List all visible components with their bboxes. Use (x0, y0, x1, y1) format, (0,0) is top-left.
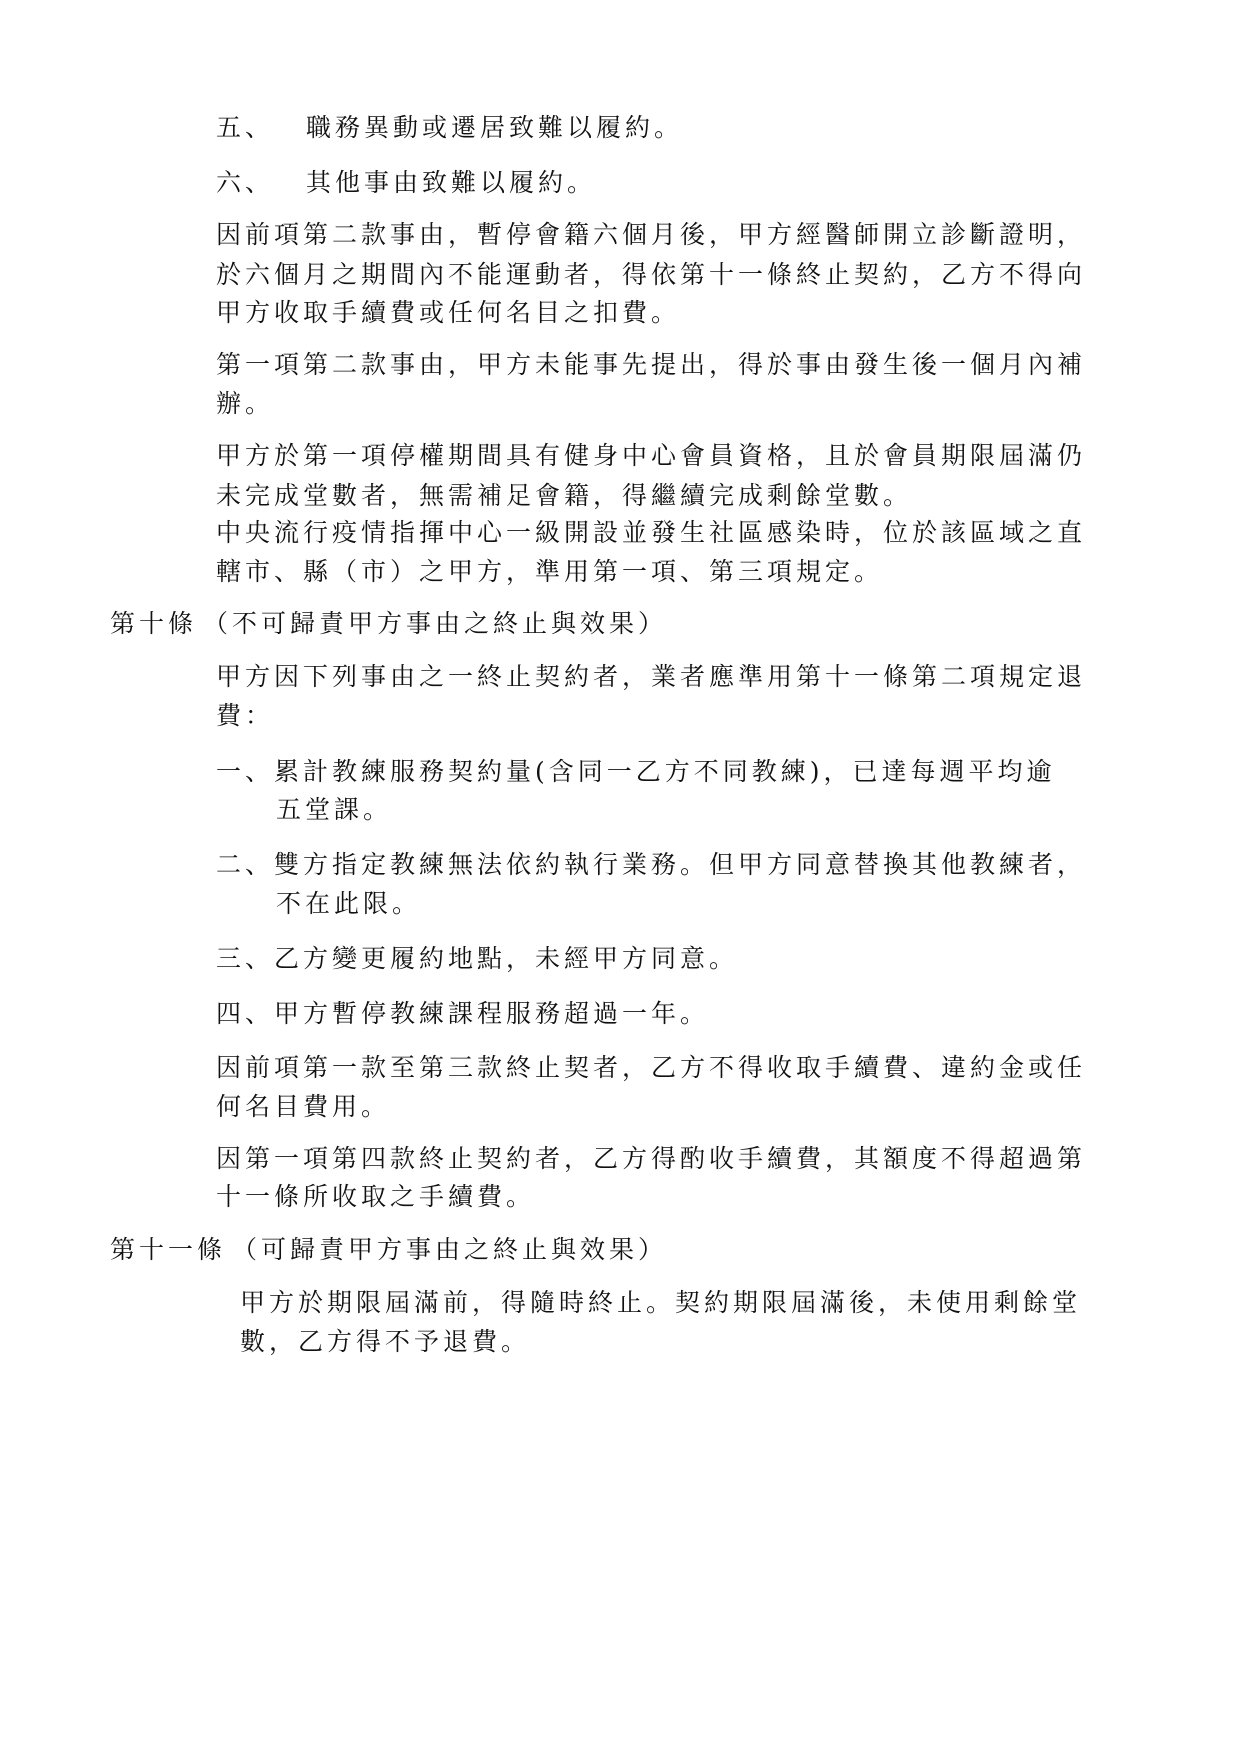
paragraph-line: 甲方收取手續費或任何名目之扣費。 (216, 298, 680, 328)
item-number: 五、 (216, 113, 274, 143)
paragraph-line: 數，乙方得不予退費。 (240, 1327, 530, 1357)
item-text: 職務異動或遷居致難以履約。 (306, 113, 683, 142)
paragraph-line: 辦。 (216, 389, 274, 419)
clause-title: （可歸責甲方事由之終止與效果） (232, 1235, 667, 1264)
paragraph-line: 十一條所收取之手續費。 (216, 1182, 535, 1212)
item-text: 累計教練服務契約量(含同一乙方不同教練)，已達每週平均逾 (274, 757, 1056, 786)
paragraph-line: 費： (216, 701, 274, 731)
clause-number: 第十一條 (110, 1235, 226, 1264)
paragraph-line: 甲方於第一項停權期間具有健身中心會員資格，且於會員期限屆滿仍 (216, 441, 1086, 471)
item-number: 四、 (216, 999, 274, 1029)
item-number: 六、 (216, 168, 274, 198)
item-text: 乙方變更履約地點，未經甲方同意。 (274, 944, 738, 973)
list-item-1: 一、累計教練服務契約量(含同一乙方不同教練)，已達每週平均逾 (216, 757, 1056, 787)
item-number: 三、 (216, 944, 274, 974)
clause-number: 第十條 (110, 609, 197, 638)
item-text: 雙方指定教練無法依約執行業務。但甲方同意替換其他教練者， (274, 850, 1086, 879)
list-item-5: 五、職務異動或遷居致難以履約。 (216, 113, 683, 143)
paragraph-line: 中央流行疫情指揮中心一級開設並發生社區感染時，位於該區域之直 (216, 518, 1086, 548)
list-item-6: 六、其他事由致難以履約。 (216, 168, 596, 198)
list-item-4: 四、甲方暫停教練課程服務超過一年。 (216, 999, 709, 1029)
paragraph-line: 第一項第二款事由，甲方未能事先提出，得於事由發生後一個月內補 (216, 350, 1086, 380)
item-number: 二、 (216, 850, 274, 880)
paragraph-line: 甲方因下列事由之一終止契約者，業者應準用第十一條第二項規定退 (216, 662, 1086, 692)
paragraph-line: 轄市、縣（市）之甲方，準用第一項、第三項規定。 (216, 557, 883, 587)
list-item-1-cont: 五堂課。 (276, 795, 392, 825)
clause-heading-11: 第十一條（可歸責甲方事由之終止與效果） (110, 1235, 667, 1265)
clause-heading-10: 第十條（不可歸責甲方事由之終止與效果） (110, 609, 667, 639)
paragraph-line: 未完成堂數者，無需補足會籍，得繼續完成剩餘堂數。 (216, 481, 912, 511)
paragraph-line: 何名目費用。 (216, 1092, 390, 1122)
list-item-3: 三、乙方變更履約地點，未經甲方同意。 (216, 944, 738, 974)
paragraph-line: 因前項第二款事由，暫停會籍六個月後，甲方經醫師開立診斷證明， (216, 220, 1086, 250)
paragraph-line: 甲方於期限屆滿前，得隨時終止。契約期限屆滿後，未使用剩餘堂 (240, 1288, 1081, 1318)
list-item-2: 二、雙方指定教練無法依約執行業務。但甲方同意替換其他教練者， (216, 850, 1086, 880)
item-text: 其他事由致難以履約。 (306, 168, 596, 197)
paragraph-line: 因第一項第四款終止契約者，乙方得酌收手續費，其額度不得超過第 (216, 1144, 1086, 1174)
item-text: 甲方暫停教練課程服務超過一年。 (274, 999, 709, 1028)
paragraph-line: 於六個月之期間內不能運動者，得依第十一條終止契約，乙方不得向 (216, 260, 1086, 290)
paragraph-line: 因前項第一款至第三款終止契者，乙方不得收取手續費、違約金或任 (216, 1053, 1086, 1083)
list-item-2-cont: 不在此限。 (276, 889, 421, 919)
item-number: 一、 (216, 757, 274, 787)
clause-title: （不可歸責甲方事由之終止與效果） (203, 609, 667, 638)
